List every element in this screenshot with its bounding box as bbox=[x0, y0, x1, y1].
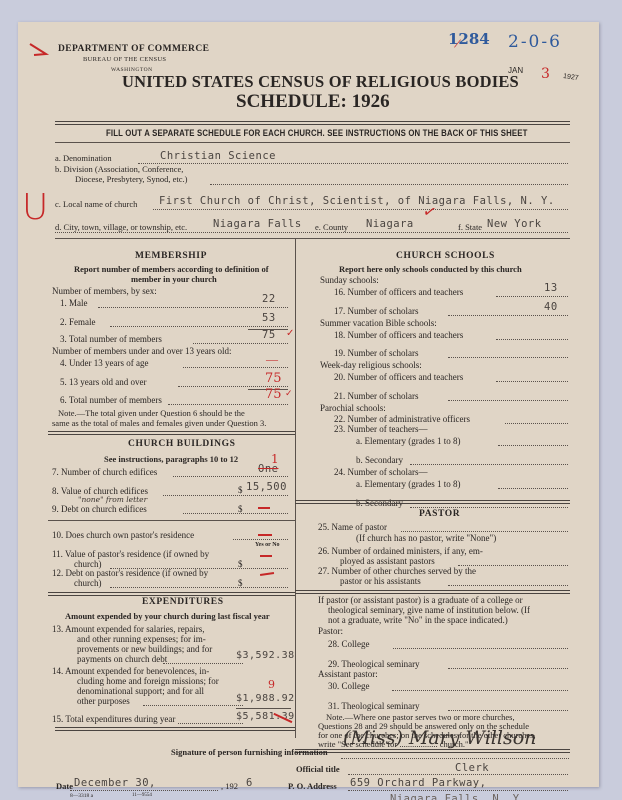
yes-no-hint: Yes or No bbox=[255, 542, 280, 548]
q20-weekday-teachers-field[interactable] bbox=[496, 381, 568, 382]
q3-total-field[interactable]: 75 bbox=[262, 329, 276, 341]
q15-label: 15. Total expenditures during year bbox=[52, 714, 175, 724]
q15-line bbox=[178, 723, 243, 724]
q29-label: 29. Theological seminary bbox=[328, 659, 420, 669]
census-schedule-form: DEPARTMENT OF COMMERCE BUREAU OF THE CEN… bbox=[18, 22, 599, 787]
county-label: e. County bbox=[315, 222, 348, 232]
form-code-2: 11—9554 bbox=[132, 793, 152, 798]
expenditures-subheading: Amount expended by your church during la… bbox=[65, 611, 270, 621]
q28-label: 28. College bbox=[328, 639, 370, 649]
divider bbox=[55, 142, 570, 143]
expenditures-heading: EXPENDITURES bbox=[142, 597, 224, 607]
section-divider bbox=[295, 749, 570, 753]
local-name-line bbox=[153, 209, 568, 210]
sunday-schools-label: Sunday schools: bbox=[320, 275, 379, 285]
pastor-subheading: Pastor: bbox=[318, 626, 343, 636]
divider bbox=[48, 520, 295, 521]
buildings-heading: CHURCH BUILDINGS bbox=[128, 439, 236, 449]
q25-pastor-name-field[interactable] bbox=[401, 531, 568, 532]
q23a-elementary-teachers-field[interactable] bbox=[498, 445, 568, 446]
q11-label: 11. Value of pastor's residence (if owne… bbox=[52, 549, 209, 559]
title-line bbox=[348, 774, 568, 775]
q12-label-2: church) bbox=[74, 578, 101, 588]
q6-total-field[interactable]: 75 bbox=[265, 387, 282, 402]
by-age-label: Number of members under and over 13 year… bbox=[52, 346, 231, 356]
section-divider bbox=[55, 238, 570, 239]
q6-line bbox=[168, 404, 288, 405]
by-sex-label: Number of members, by sex: bbox=[52, 286, 157, 296]
official-title-field[interactable]: Clerk bbox=[455, 762, 489, 774]
q26-label: 26. Number of ordained ministers, if any… bbox=[318, 546, 483, 556]
q26-label-2: ployed as assistant pastors bbox=[340, 556, 435, 566]
q14-label-3: denominational support; and for all bbox=[77, 686, 204, 696]
city-field[interactable]: Niagara Falls bbox=[213, 218, 302, 230]
q4-line bbox=[183, 367, 288, 368]
buildings-subheading: See instructions, paragraphs 10 to 12 bbox=[104, 454, 238, 464]
q24b-secondary-scholars-field[interactable] bbox=[410, 507, 568, 508]
divider-dots bbox=[55, 232, 568, 233]
q12-label: 12. Debt on pastor's residence (if owned… bbox=[52, 568, 208, 578]
q13-label-4: payments on church debt bbox=[77, 654, 167, 664]
q18-summer-teachers-field[interactable] bbox=[496, 339, 568, 340]
membership-note: Note.—The total given under Question 6 s… bbox=[58, 408, 245, 418]
header-divider bbox=[55, 121, 570, 125]
q5-over-13-field[interactable]: 75 bbox=[265, 371, 282, 386]
red-tick-mark: ✓ bbox=[285, 388, 293, 399]
membership-note-2: same as the total of males and females g… bbox=[52, 418, 266, 428]
assistant-subheading: Assistant pastor: bbox=[318, 669, 378, 679]
section-divider bbox=[295, 500, 570, 504]
address-field-line-2[interactable]: Niagara Falls, N. Y. bbox=[390, 793, 526, 800]
q3-line bbox=[193, 343, 288, 344]
margin-u-mark: U bbox=[22, 187, 48, 228]
pastor-heading: PASTOR bbox=[419, 509, 460, 519]
q27-label: 27. Number of other churches served by t… bbox=[318, 566, 476, 576]
q10-residence-field[interactable] bbox=[258, 534, 272, 536]
q25-note: (If church has no pastor, write "None") bbox=[356, 533, 496, 543]
q21-weekday-scholars-field[interactable] bbox=[448, 400, 568, 401]
division-label-2: Diocese, Presbytery, Synod, etc.) bbox=[75, 174, 188, 184]
q31-seminary-field[interactable] bbox=[448, 710, 568, 711]
red-arrow-mark-icon bbox=[28, 42, 50, 58]
q17-sunday-scholars-field[interactable]: 40 bbox=[544, 301, 558, 313]
q13-label-2: and other running expenses; for im- bbox=[77, 634, 206, 644]
instruction-banner: FILL OUT A SEPARATE SCHEDULE FOR EACH CH… bbox=[106, 128, 528, 139]
q29-seminary-field[interactable] bbox=[448, 668, 568, 669]
q14-label-2: cluding home and foreign missions; for bbox=[77, 676, 219, 686]
schools-heading: CHURCH SCHOOLS bbox=[396, 251, 495, 261]
state-label: f. State bbox=[458, 222, 482, 232]
parochial-schools-label: Parochial schools: bbox=[320, 403, 386, 413]
po-address-label: P. O. Address bbox=[288, 781, 337, 791]
q14-label-4: other purposes bbox=[77, 696, 130, 706]
form-code: 8—3318 a bbox=[70, 793, 93, 799]
q30-label: 30. College bbox=[328, 681, 370, 691]
q13-label-3: provements or new buildings; and for bbox=[77, 644, 212, 654]
q4-label: 4. Under 13 years of age bbox=[60, 358, 148, 368]
q13-line bbox=[163, 663, 243, 664]
division-label: b. Division (Association, Conference, bbox=[55, 164, 183, 174]
sum-line bbox=[236, 708, 291, 709]
q3-label: 3. Total number of members bbox=[60, 334, 162, 344]
q13-running-expenses-field[interactable]: $3,592.38 bbox=[236, 650, 295, 661]
q12-line bbox=[110, 587, 288, 588]
red-tick-mark: ✓ bbox=[286, 328, 294, 339]
form-title: UNITED STATES CENSUS OF RELIGIOUS BODIES bbox=[122, 72, 519, 92]
q28-college-field[interactable] bbox=[393, 648, 568, 649]
q30-college-field[interactable] bbox=[392, 690, 568, 691]
q14-benevolences-field[interactable]: $1,988.92 bbox=[236, 693, 295, 704]
county-field[interactable]: Niagara bbox=[366, 218, 414, 230]
q24a-elementary-scholars-field[interactable] bbox=[498, 488, 568, 489]
membership-subheading-2: member in your church bbox=[131, 274, 217, 284]
q23-label: 23. Number of teachers— bbox=[334, 424, 427, 434]
date-field[interactable]: December 30, bbox=[74, 777, 156, 789]
address-line bbox=[348, 790, 568, 791]
q23b-secondary-teachers-field[interactable] bbox=[410, 464, 568, 465]
q17-line bbox=[448, 315, 568, 316]
membership-subheading: Report number of members according to de… bbox=[74, 264, 269, 274]
q24a-label: a. Elementary (grades 1 to 8) bbox=[356, 479, 460, 489]
section-divider bbox=[55, 727, 295, 731]
bureau-name: BUREAU OF THE CENSUS bbox=[83, 56, 166, 63]
signature-line bbox=[341, 758, 569, 759]
q8-line bbox=[163, 495, 288, 496]
signature-field[interactable]: (Miss) Mary Willson bbox=[343, 727, 536, 749]
schedule-title: SCHEDULE: 1926 bbox=[236, 91, 390, 113]
signature-label: Signature of person furnishing informati… bbox=[171, 747, 328, 757]
q10-label: 10. Does church own pastor's residence bbox=[52, 530, 194, 540]
q22-label: 22. Number of administrative officers bbox=[334, 414, 470, 424]
address-field[interactable]: 659 Orchard Parkway, bbox=[350, 777, 486, 789]
section-divider bbox=[48, 431, 295, 435]
q1-line bbox=[98, 307, 288, 308]
q9-debt-field[interactable] bbox=[258, 507, 270, 509]
classification-code: 2-0-6 bbox=[508, 32, 562, 52]
schools-subheading: Report here only schools conducted by th… bbox=[339, 264, 522, 274]
division-field[interactable] bbox=[210, 184, 568, 185]
graduate-note: If pastor (or assistant pastor) is a gra… bbox=[318, 595, 523, 605]
q16-sunday-teachers-field[interactable]: 13 bbox=[544, 282, 558, 294]
q20-label: 20. Number of officers and teachers bbox=[334, 372, 463, 382]
local-name-label: c. Local name of church bbox=[55, 199, 137, 209]
q1-label: 1. Male bbox=[60, 298, 88, 308]
summer-schools-label: Summer vacation Bible schools: bbox=[320, 318, 437, 328]
q12-debt-field[interactable] bbox=[260, 572, 274, 575]
currency-sign: $ bbox=[238, 559, 243, 569]
q14-label: 14. Amount expended for benevolences, in… bbox=[52, 666, 209, 676]
q11-value-field[interactable] bbox=[260, 555, 272, 557]
q8-value-field[interactable]: 15,500 bbox=[246, 481, 287, 493]
membership-heading: MEMBERSHIP bbox=[135, 251, 207, 261]
q31-label: 31. Theological seminary bbox=[328, 701, 420, 711]
handwritten-none-note: "none" from letter bbox=[78, 495, 147, 504]
stamp-year: 1927 bbox=[563, 73, 579, 82]
q21-label: 21. Number of scholars bbox=[334, 391, 418, 401]
denomination-field[interactable]: Christian Science bbox=[160, 150, 276, 162]
weekday-schools-label: Week-day religious schools: bbox=[320, 360, 422, 370]
official-title-label: Official title bbox=[296, 764, 340, 774]
q1-male-field[interactable]: 22 bbox=[262, 293, 276, 305]
denomination-label: a. Denomination bbox=[55, 153, 112, 163]
q27-label-2: pastor or his assistants bbox=[340, 576, 421, 586]
q16-line bbox=[496, 296, 568, 297]
q10-line bbox=[233, 539, 288, 540]
q16-label: 16. Number of officers and teachers bbox=[334, 287, 463, 297]
department-name: DEPARTMENT OF COMMERCE bbox=[58, 44, 209, 54]
q2-line bbox=[110, 326, 288, 327]
stamp-day: 3 bbox=[541, 66, 550, 82]
q27-other-churches-field[interactable] bbox=[448, 585, 568, 586]
q14-correction: 9 bbox=[268, 678, 275, 691]
q7-label: 7. Number of church edifices bbox=[52, 467, 157, 477]
q18-label: 18. Number of officers and teachers bbox=[334, 330, 463, 340]
q6-label: 6. Total number of members bbox=[60, 395, 162, 405]
q19-summer-scholars-field[interactable] bbox=[448, 357, 568, 358]
q9-label: 9. Debt on church edifices bbox=[52, 504, 147, 514]
q23b-label: b. Secondary bbox=[356, 455, 403, 465]
q2-female-field[interactable]: 53 bbox=[262, 312, 276, 324]
date-line bbox=[70, 790, 218, 791]
q22-admin-officers-field[interactable] bbox=[505, 423, 568, 424]
section-divider bbox=[48, 592, 295, 596]
column-divider bbox=[295, 238, 296, 738]
graduate-note-3: not a graduate, write "No" in the space … bbox=[328, 615, 508, 625]
section-divider bbox=[295, 590, 570, 594]
currency-sign: $ bbox=[238, 504, 243, 514]
state-field[interactable]: New York bbox=[487, 218, 542, 230]
q2-label: 2. Female bbox=[60, 317, 96, 327]
denomination-line bbox=[138, 163, 568, 164]
q24-label: 24. Number of scholars— bbox=[334, 467, 427, 477]
city-label: d. City, town, village, or township, etc… bbox=[55, 222, 187, 232]
year-prefix: , 192 bbox=[221, 781, 238, 791]
q13-label: 13. Amount expended for salaries, repair… bbox=[52, 624, 204, 634]
q7-correction: 1 bbox=[271, 452, 279, 466]
q19-label: 19. Number of scholars bbox=[334, 348, 418, 358]
year-digit-field[interactable]: 6 bbox=[246, 777, 253, 789]
currency-sign: $ bbox=[238, 578, 243, 588]
local-name-field[interactable]: First Church of Christ, Scientist, of Ni… bbox=[159, 195, 555, 207]
q17-label: 17. Number of scholars bbox=[334, 306, 418, 316]
q4-under-13-field[interactable]: — bbox=[266, 352, 278, 367]
graduate-note-2: theological seminary, give name of insti… bbox=[328, 605, 530, 615]
q25-label: 25. Name of pastor bbox=[318, 522, 387, 532]
q23a-label: a. Elementary (grades 1 to 8) bbox=[356, 436, 460, 446]
q7-line bbox=[173, 476, 288, 477]
q14-line bbox=[143, 705, 243, 706]
q9-line bbox=[183, 513, 288, 514]
currency-sign: $ bbox=[238, 485, 243, 495]
q5-label: 5. 13 years old and over bbox=[60, 377, 146, 387]
